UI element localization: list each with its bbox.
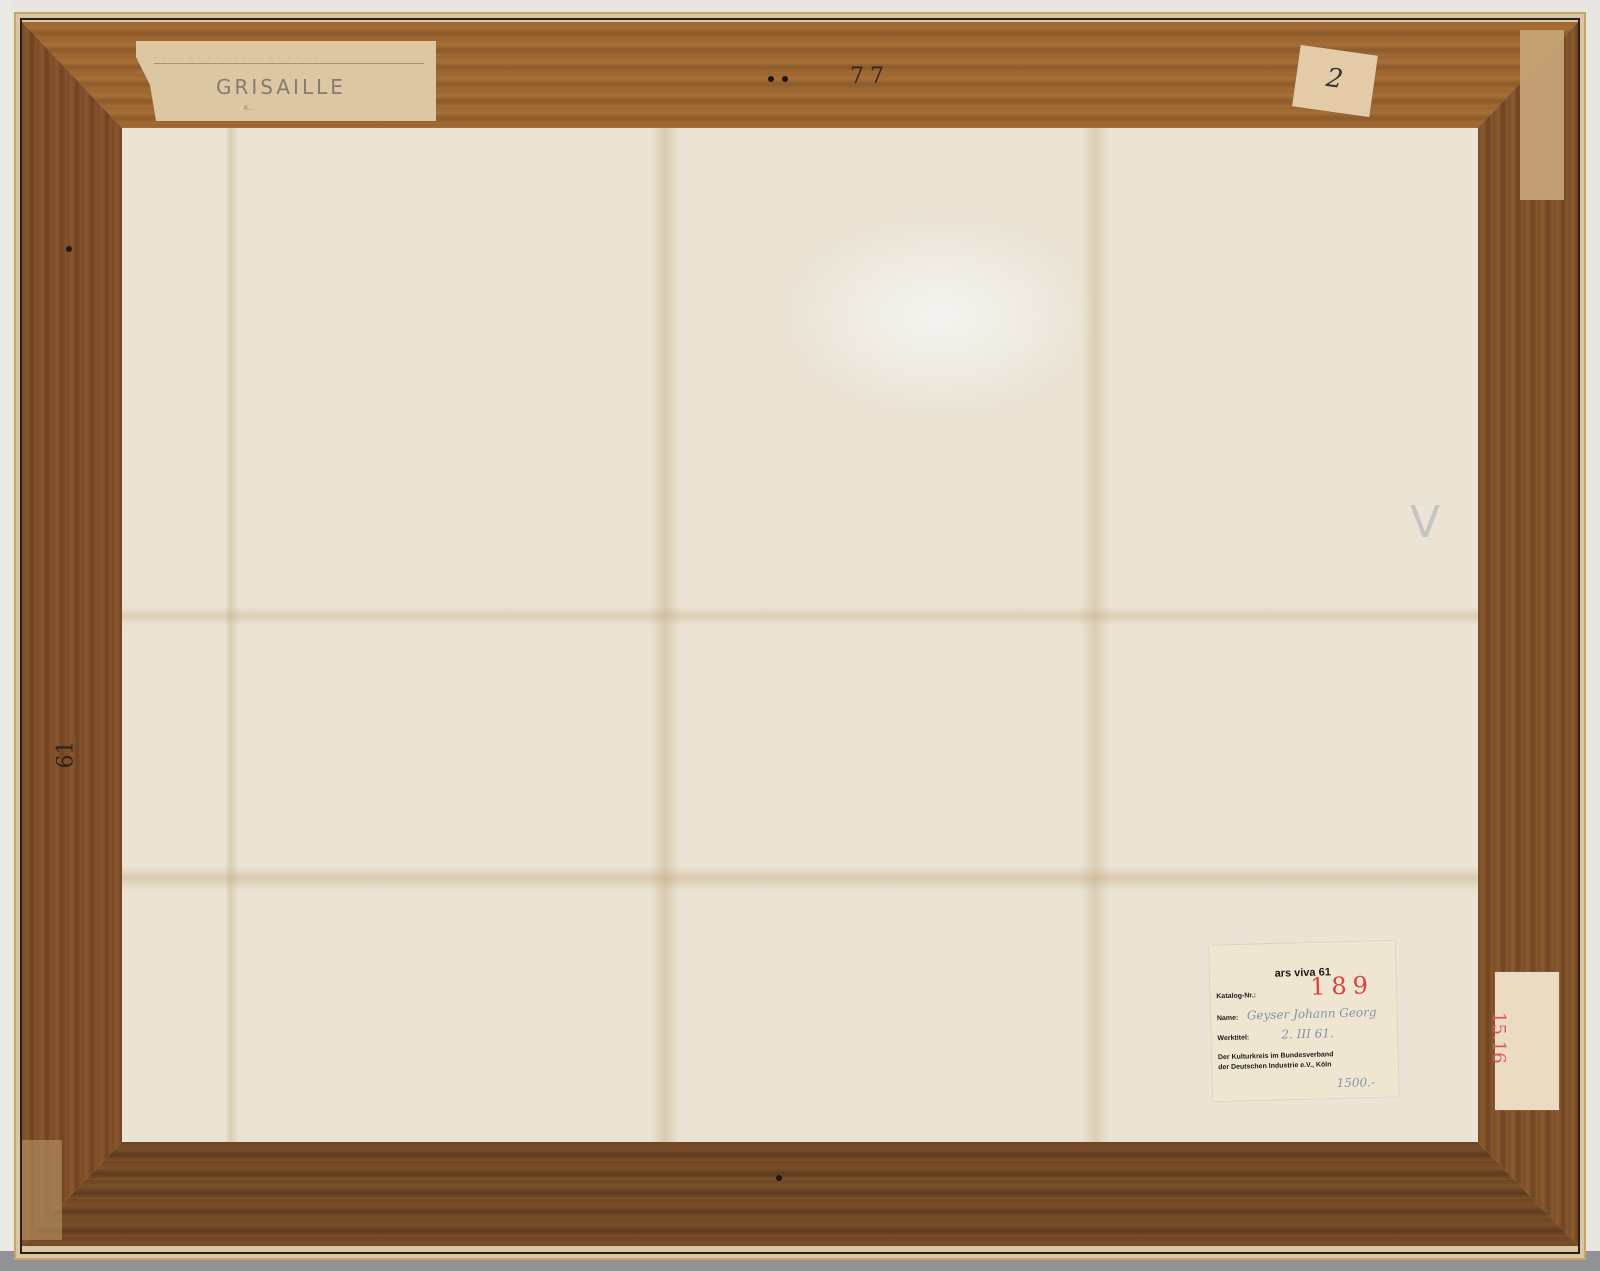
- pencil-inscription-top: 77: [850, 64, 890, 89]
- ars-viva-exhibition-label: ars viva 61 Katalog-Nr.: 189 Name: Geyse…: [1209, 941, 1399, 1102]
- red-label-text: 15.16: [1488, 1012, 1509, 1064]
- red-inscribed-label: 15.16: [1495, 972, 1559, 1110]
- katalog-number: 189: [1310, 971, 1375, 1001]
- katalog-label: Katalog-Nr.:: [1216, 992, 1256, 1000]
- stretcher-bar-bottom: [22, 1142, 1578, 1246]
- grisaille-sub: K...: [244, 105, 255, 112]
- pencil-inscription-left: 61: [54, 741, 79, 769]
- nail-hole: [776, 1175, 782, 1181]
- stretcher-bar-left: [22, 22, 122, 1246]
- wall: [0, 0, 12, 1271]
- organization: Der Kulturkreis im Bundesverband der Deu…: [1218, 1050, 1334, 1073]
- grisaille-title: GRISAILLE: [216, 75, 346, 99]
- typed-line: · · · · · · · · · · · · · · · · · · ·: [154, 53, 424, 64]
- name-label: Name:: [1217, 1015, 1239, 1023]
- org-line-2: der Deutschen Industrie e.V., Köln: [1218, 1060, 1334, 1073]
- paper-tape-bottom-left: [22, 1140, 62, 1240]
- number-tag-text: 2: [1324, 63, 1345, 95]
- werktitel-label: Werktitel:: [1217, 1034, 1249, 1042]
- artist-name: Geyser Johann Georg: [1247, 1005, 1377, 1022]
- paper-tape-top-right: [1520, 30, 1564, 200]
- nail-hole: [782, 76, 788, 82]
- grisaille-label: · · · · · · · · · · · · · · · · · · · GR…: [136, 41, 436, 121]
- gray-v-mark: V: [1410, 501, 1450, 551]
- werktitel-value: 2. III 61.: [1281, 1026, 1334, 1041]
- nail-hole: [768, 76, 774, 82]
- price: 1500.-: [1336, 1075, 1375, 1090]
- number-tag: 2: [1292, 45, 1378, 117]
- nail-hole: [66, 246, 72, 252]
